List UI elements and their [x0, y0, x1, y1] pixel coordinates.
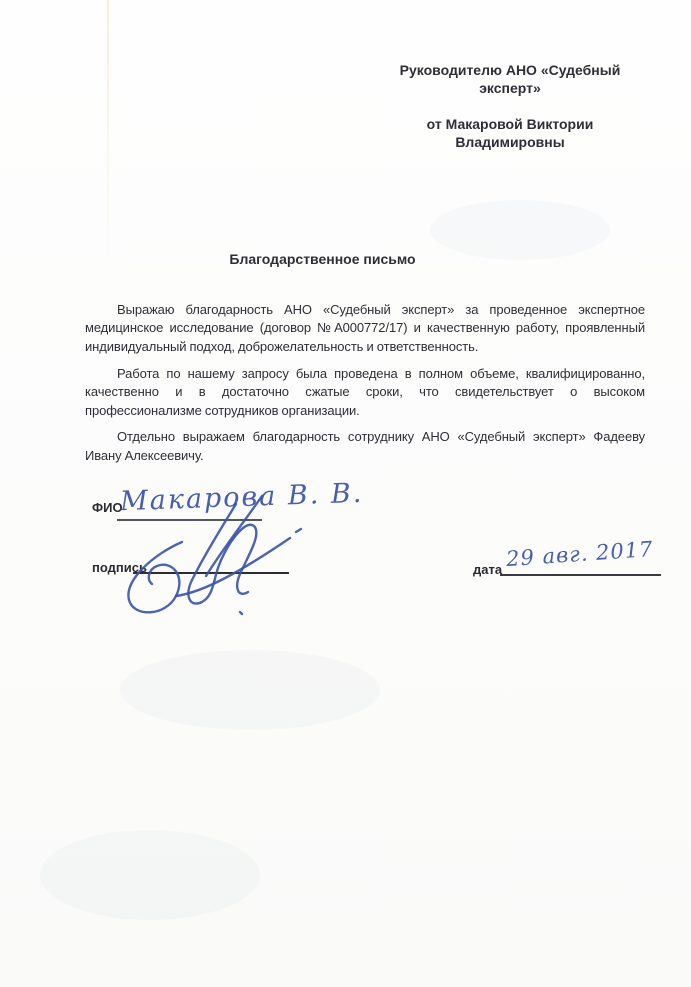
signature-stroke	[296, 529, 301, 532]
scan-artifact-streak	[107, 0, 109, 270]
scan-smudge	[120, 650, 380, 730]
handwritten-date: 29 авг. 2017	[505, 537, 654, 571]
signature-stroke	[176, 538, 290, 596]
sender-line: от Макаровой Виктории Владимировны	[382, 115, 638, 151]
paragraph-2: Работа по нашему запросу была проведена …	[85, 365, 645, 420]
scan-smudge	[40, 830, 260, 920]
letter-title: Благодарственное письмо	[85, 251, 560, 267]
paragraph-3: Отдельно выражаем благодарность сотрудни…	[85, 428, 645, 465]
handwritten-signature	[112, 492, 322, 627]
recipient-line: Руководителю АНО «Судебный эксперт»	[382, 61, 638, 97]
paragraph-1: Выражаю благодарность АНО «Судебный эксп…	[85, 301, 645, 356]
letter-header: Руководителю АНО «Судебный эксперт» от М…	[382, 61, 638, 169]
date-label: дата	[473, 562, 502, 577]
signature-stroke	[240, 612, 242, 614]
scanned-letter-page: Руководителю АНО «Судебный эксперт» от М…	[0, 0, 691, 987]
signature-stroke	[128, 542, 182, 612]
letter-body: Выражаю благодарность АНО «Судебный эксп…	[85, 301, 645, 474]
date-underline	[500, 574, 661, 576]
